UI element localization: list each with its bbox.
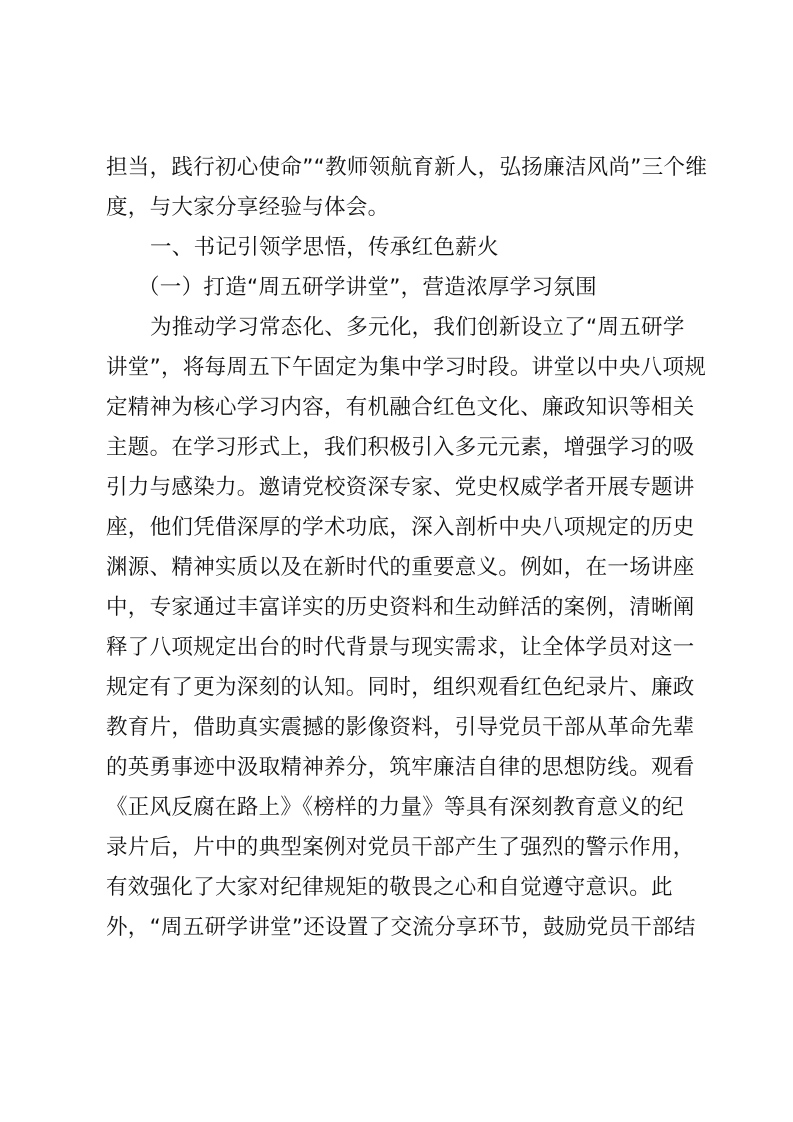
document-page: 担当，践行初心使命”“教师领航育新人，弘扬廉洁风尚”三个维 度，与大家分享经验与… [106,148,696,948]
body-line: 座，他们凭借深厚的学术功底，深入剖析中央八项规定的历史 [106,508,696,548]
body-line: 中，专家通过丰富详实的历史资料和生动鲜活的案例，清晰阐 [106,588,696,628]
body-line: 释了八项规定出台的时代背景与现实需求，让全体学员对这一 [106,628,696,668]
body-line: 录片后，片中的典型案例对党员干部产生了强烈的警示作用， [106,828,696,868]
body-line: 渊源、精神实质以及在新时代的重要意义。例如，在一场讲座 [106,548,696,588]
body-line: 主题。在学习形式上，我们积极引入多元元素，增强学习的吸 [106,428,696,468]
body-line: 为推动学习常态化、多元化，我们创新设立了“周五研学 [106,308,696,348]
body-line: 讲堂”，将每周五下午固定为集中学习时段。讲堂以中央八项规 [106,348,696,388]
intro-line: 度，与大家分享经验与体会。 [106,188,696,228]
subsection-heading: （一）打造“周五研学讲堂”，营造浓厚学习氛围 [106,268,696,308]
body-line: 引力与感染力。邀请党校资深专家、党史权威学者开展专题讲 [106,468,696,508]
body-line: 规定有了更为深刻的认知。同时，组织观看红色纪录片、廉政 [106,668,696,708]
body-line: 定精神为核心学习内容，有机融合红色文化、廉政知识等相关 [106,388,696,428]
section-heading: 一、书记引领学思悟，传承红色薪火 [106,228,696,268]
body-line: 教育片，借助真实震撼的影像资料，引导党员干部从革命先辈 [106,708,696,748]
body-line: 外，“周五研学讲堂”还设置了交流分享环节，鼓励党员干部结 [106,908,696,948]
body-line: 《正风反腐在路上》《榜样的力量》等具有深刻教育意义的纪 [106,788,696,828]
intro-line: 担当，践行初心使命”“教师领航育新人，弘扬廉洁风尚”三个维 [106,148,696,188]
body-line: 有效强化了大家对纪律规矩的敬畏之心和自觉遵守意识。此 [106,868,696,908]
body-line: 的英勇事迹中汲取精神养分，筑牢廉洁自律的思想防线。观看 [106,748,696,788]
